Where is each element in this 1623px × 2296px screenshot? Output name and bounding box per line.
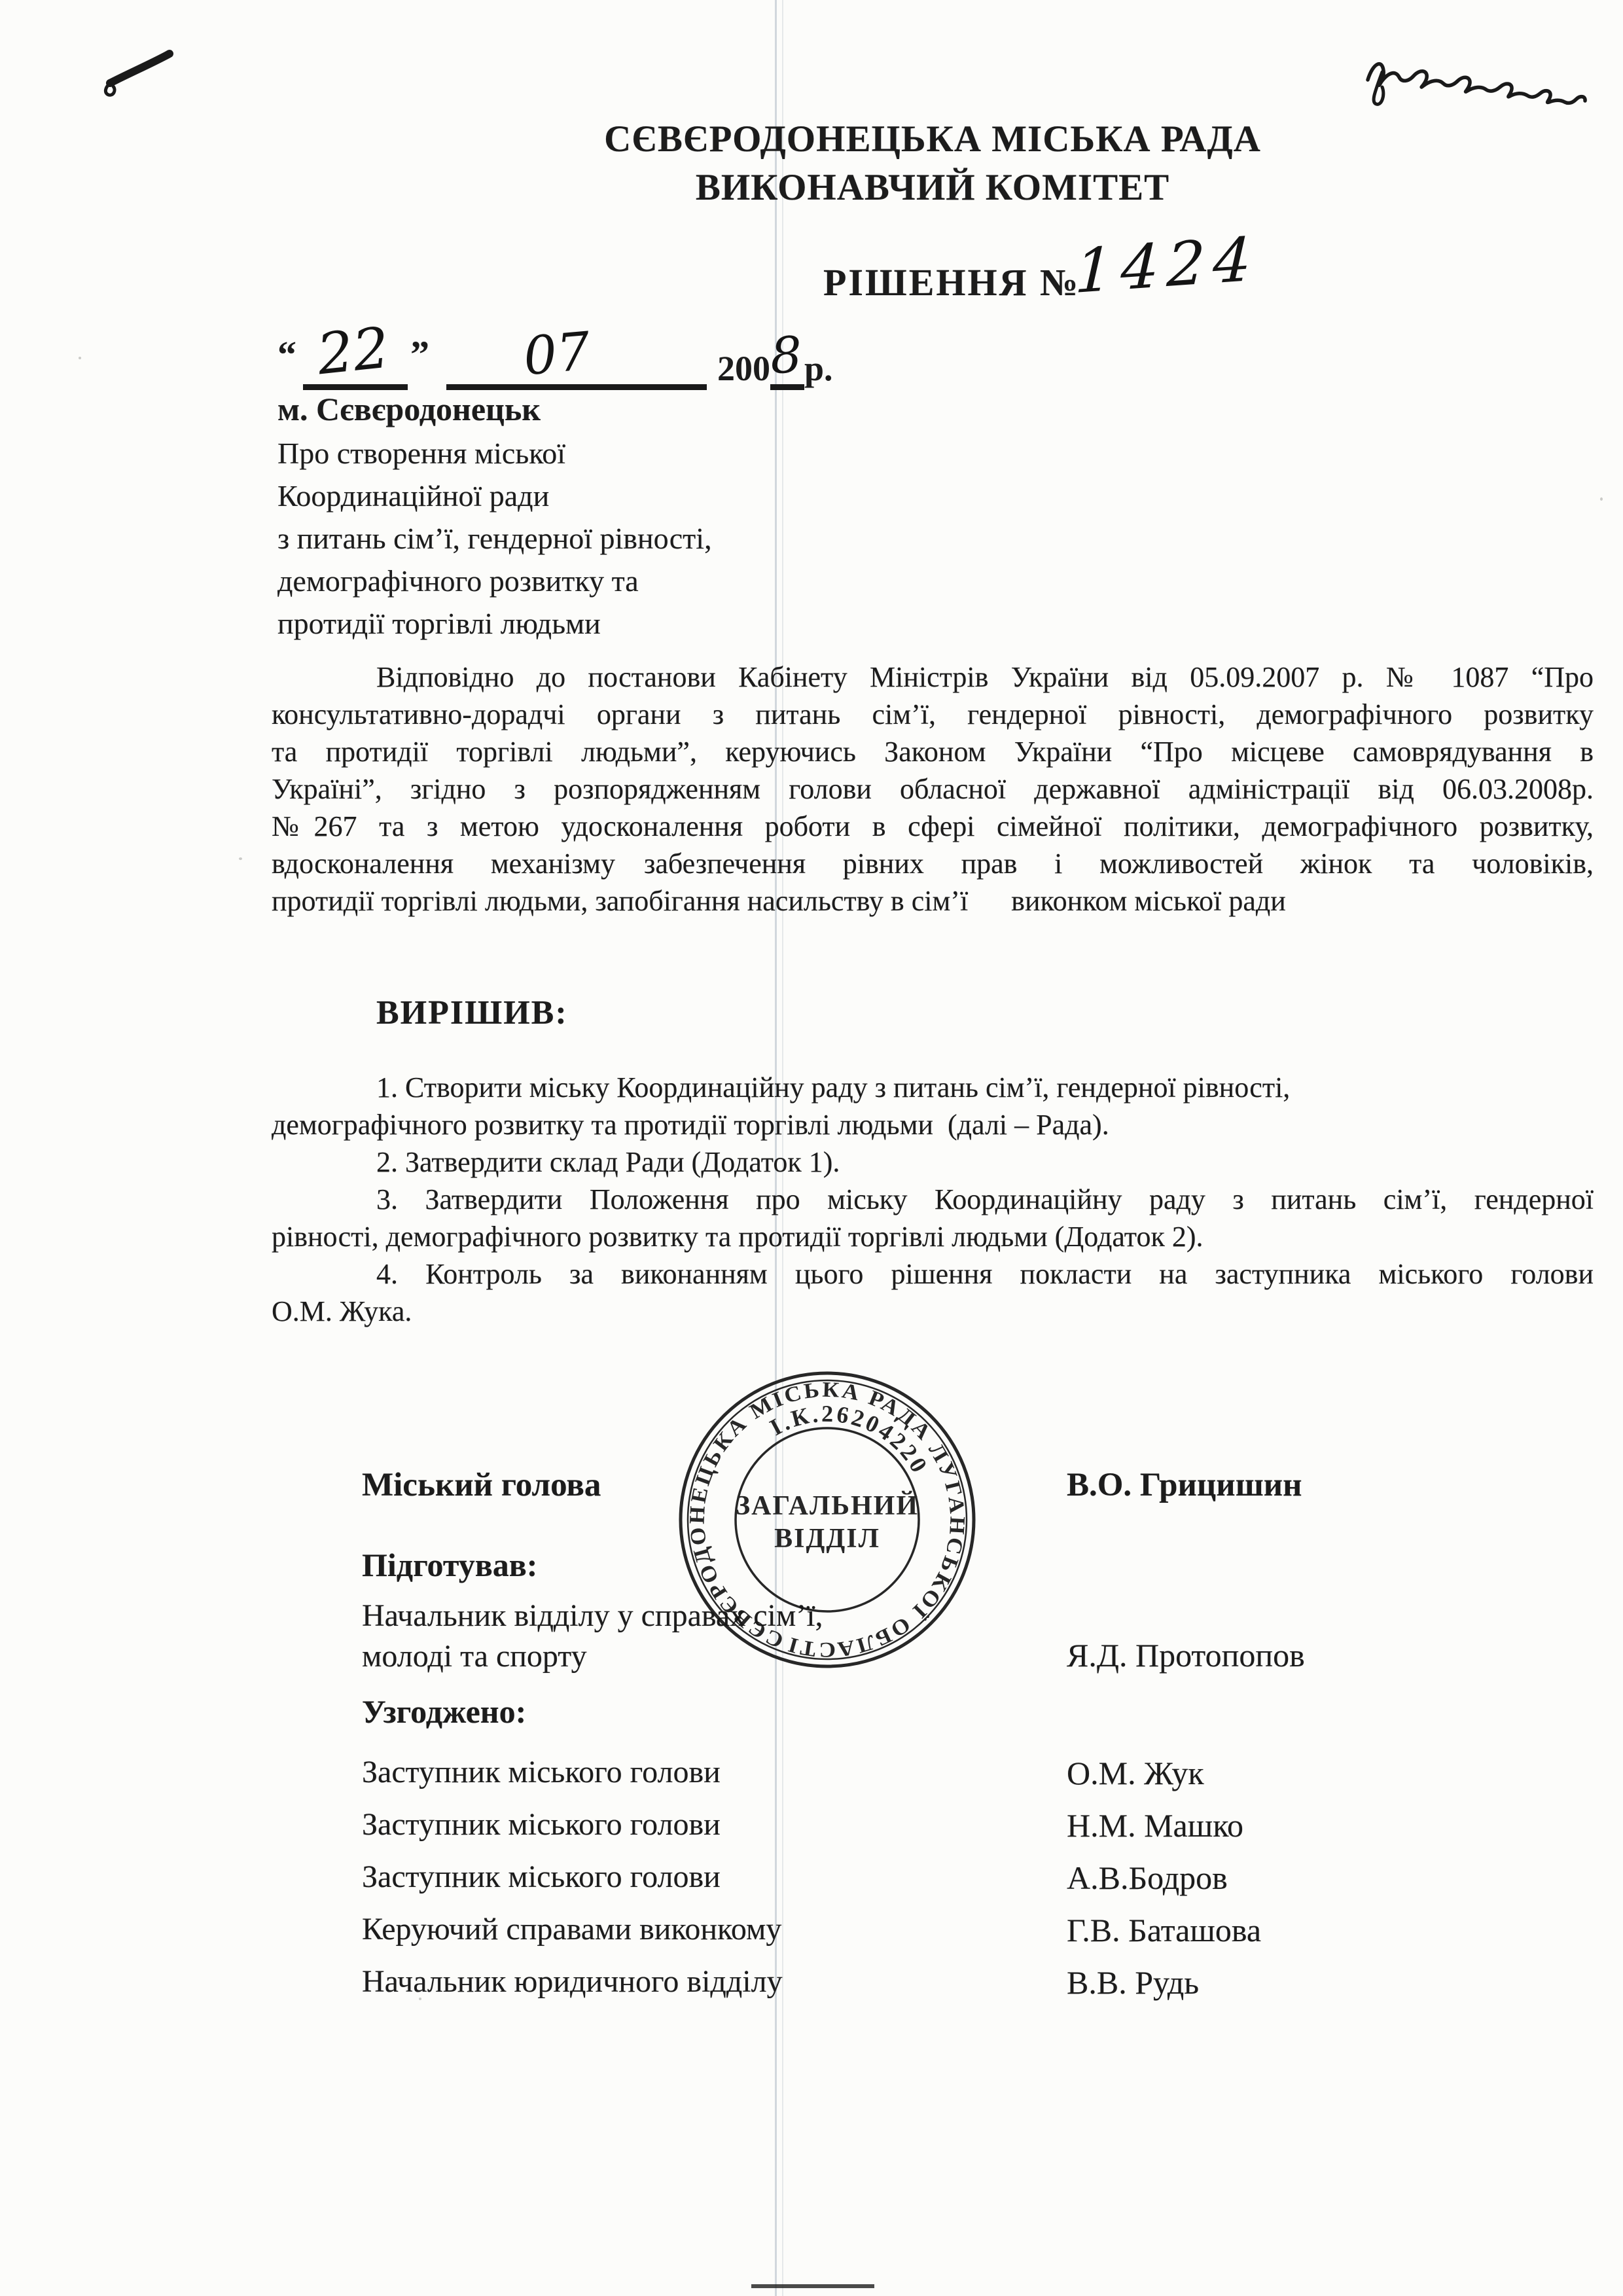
subject-line: Про створення міської [277, 432, 866, 475]
approval-row: Керуючий справами виконкому Г.В. Баташов… [362, 1911, 1383, 1964]
resolution-line: 1. Створити міську Координаційну раду з … [272, 1069, 1594, 1106]
approval-row: Заступник міського голови А.В.Бодров [362, 1859, 1383, 1911]
year-suffix: р. [804, 347, 833, 390]
approver-name: А.В.Бодров [1067, 1859, 1383, 1897]
agreed-heading: Узгоджено: [362, 1693, 1383, 1732]
official-stamp: СЄВЄРОДОНЕЦЬКА МІСЬКА РАДА ЛУГАНСЬКОЇ ОБ… [673, 1365, 982, 1674]
month-value-handwritten: 07 [521, 321, 593, 387]
day-value-handwritten: 22 [314, 315, 392, 388]
resolution-list: 1. Створити міську Координаційну раду з … [272, 1069, 1594, 1330]
scan-edge-mark [751, 2284, 874, 2288]
cursive-scribble-loop [1374, 72, 1383, 104]
stamp-center-line2: ВІДДІЛ [774, 1524, 880, 1554]
paper-speck [239, 857, 242, 860]
cursive-scribble [1368, 64, 1585, 103]
resolution-line: рівності, демографічного розвитку та про… [272, 1218, 1594, 1255]
subject-line: демографічного розвитку та [277, 560, 866, 602]
org-header: СЄВЄРОДОНЕЦЬКА МІСЬКА РАДА ВИКОНАВЧИЙ КО… [272, 115, 1594, 212]
approver-name: В.В. Рудь [1067, 1964, 1383, 2001]
subject-line: Координаційної ради [277, 475, 866, 517]
prepared-title-line2: молоді та спорту [362, 1639, 587, 1674]
prepared-name: Я.Д. Протопопов [1067, 1636, 1383, 1674]
scanned-document-page: СЄВЄРОДОНЕЦЬКА МІСЬКА РАДА ВИКОНАВЧИЙ КО… [0, 0, 1623, 2296]
approver-title: Заступник міського голови [362, 1859, 1067, 1895]
subject-line: протидії торгівлі людьми [277, 602, 866, 645]
city-line: м. Сєвєродонецьк [277, 390, 541, 428]
approver-name: О.М. Жук [1067, 1754, 1383, 1792]
approver-name: Г.В. Баташова [1067, 1911, 1383, 1949]
resolution-line: 2. Затвердити склад Ради (Додаток 1). [272, 1143, 1594, 1181]
year-printed: 200 [717, 347, 770, 390]
org-name-line2: ВИКОНАВЧИЙ КОМІТЕТ [272, 164, 1594, 212]
approval-list: Заступник міського голови О.М. Жук Засту… [362, 1754, 1383, 2016]
paper-speck [1600, 497, 1603, 501]
preamble: Відповідно до постанови Кабінету Міністр… [272, 658, 1594, 920]
close-quote: ” [410, 342, 429, 368]
month-blank: 07 [446, 337, 707, 390]
approver-name: Н.М. Машко [1067, 1806, 1383, 1844]
text-line: Відповідно до постанови Кабінету Міністр… [272, 658, 1594, 696]
resolution-line: 4. Контроль за виконанням цього рішення … [272, 1255, 1594, 1293]
stamp-center-line1: ЗАГАЛЬНИЙ [736, 1491, 919, 1521]
resolution-line: О.М. Жука. [272, 1293, 1594, 1330]
approver-title: Керуючий справами виконкому [362, 1911, 1067, 1947]
subject-line: з питань сім’ї, гендерної рівності, [277, 517, 866, 560]
org-name-line1: СЄВЄРОДОНЕЦЬКА МІСЬКА РАДА [272, 115, 1594, 164]
year-blank: 8 [770, 337, 804, 390]
approval-row: Заступник міського голови О.М. Жук [362, 1754, 1383, 1806]
text-line: консультативно-дорадчі органи з питань с… [272, 696, 1594, 733]
text-line: №267 та з метою удосконалення роботи в с… [272, 808, 1594, 845]
year-digit-handwritten: 8 [769, 325, 804, 385]
approver-title: Заступник міського голови [362, 1754, 1067, 1790]
open-quote: “ [277, 342, 296, 368]
approver-title: Начальник юридичного відділу [362, 1964, 1067, 2000]
text-line: Україні”, згідно з розпорядженням голови… [272, 770, 1594, 808]
paper-speck [79, 357, 81, 359]
pen-stroke-mark [110, 54, 169, 83]
approval-row: Заступник міського голови Н.М. Машко [362, 1806, 1383, 1859]
date-line: “ 22 ” 07 200 8 р. [277, 335, 833, 390]
resolved-heading: ВИРІШИВ: [376, 994, 568, 1032]
text-line: та протидії торгівлі людьми”, керуючись … [272, 733, 1594, 770]
day-blank: 22 [303, 337, 408, 390]
decision-number-handwritten: 1424 [1073, 224, 1260, 307]
decision-title: РІШЕННЯ № [823, 260, 1080, 304]
mayor-name: В.О. Грицишин [1067, 1466, 1383, 1504]
resolution-line: демографічного розвитку та протидії торг… [272, 1106, 1594, 1143]
approver-title: Заступник міського голови [362, 1806, 1067, 1842]
text-line: вдосконалення механізму забезпечення рів… [272, 845, 1594, 882]
approval-row: Начальник юридичного відділу В.В. Рудь [362, 1964, 1383, 2016]
resolution-line: 3. Затвердити Положення про міську Коорд… [272, 1181, 1594, 1218]
text-line: протидії торгівлі людьми, запобігання на… [272, 882, 1594, 920]
subject-block: Про створення міської Координаційної рад… [277, 432, 866, 645]
